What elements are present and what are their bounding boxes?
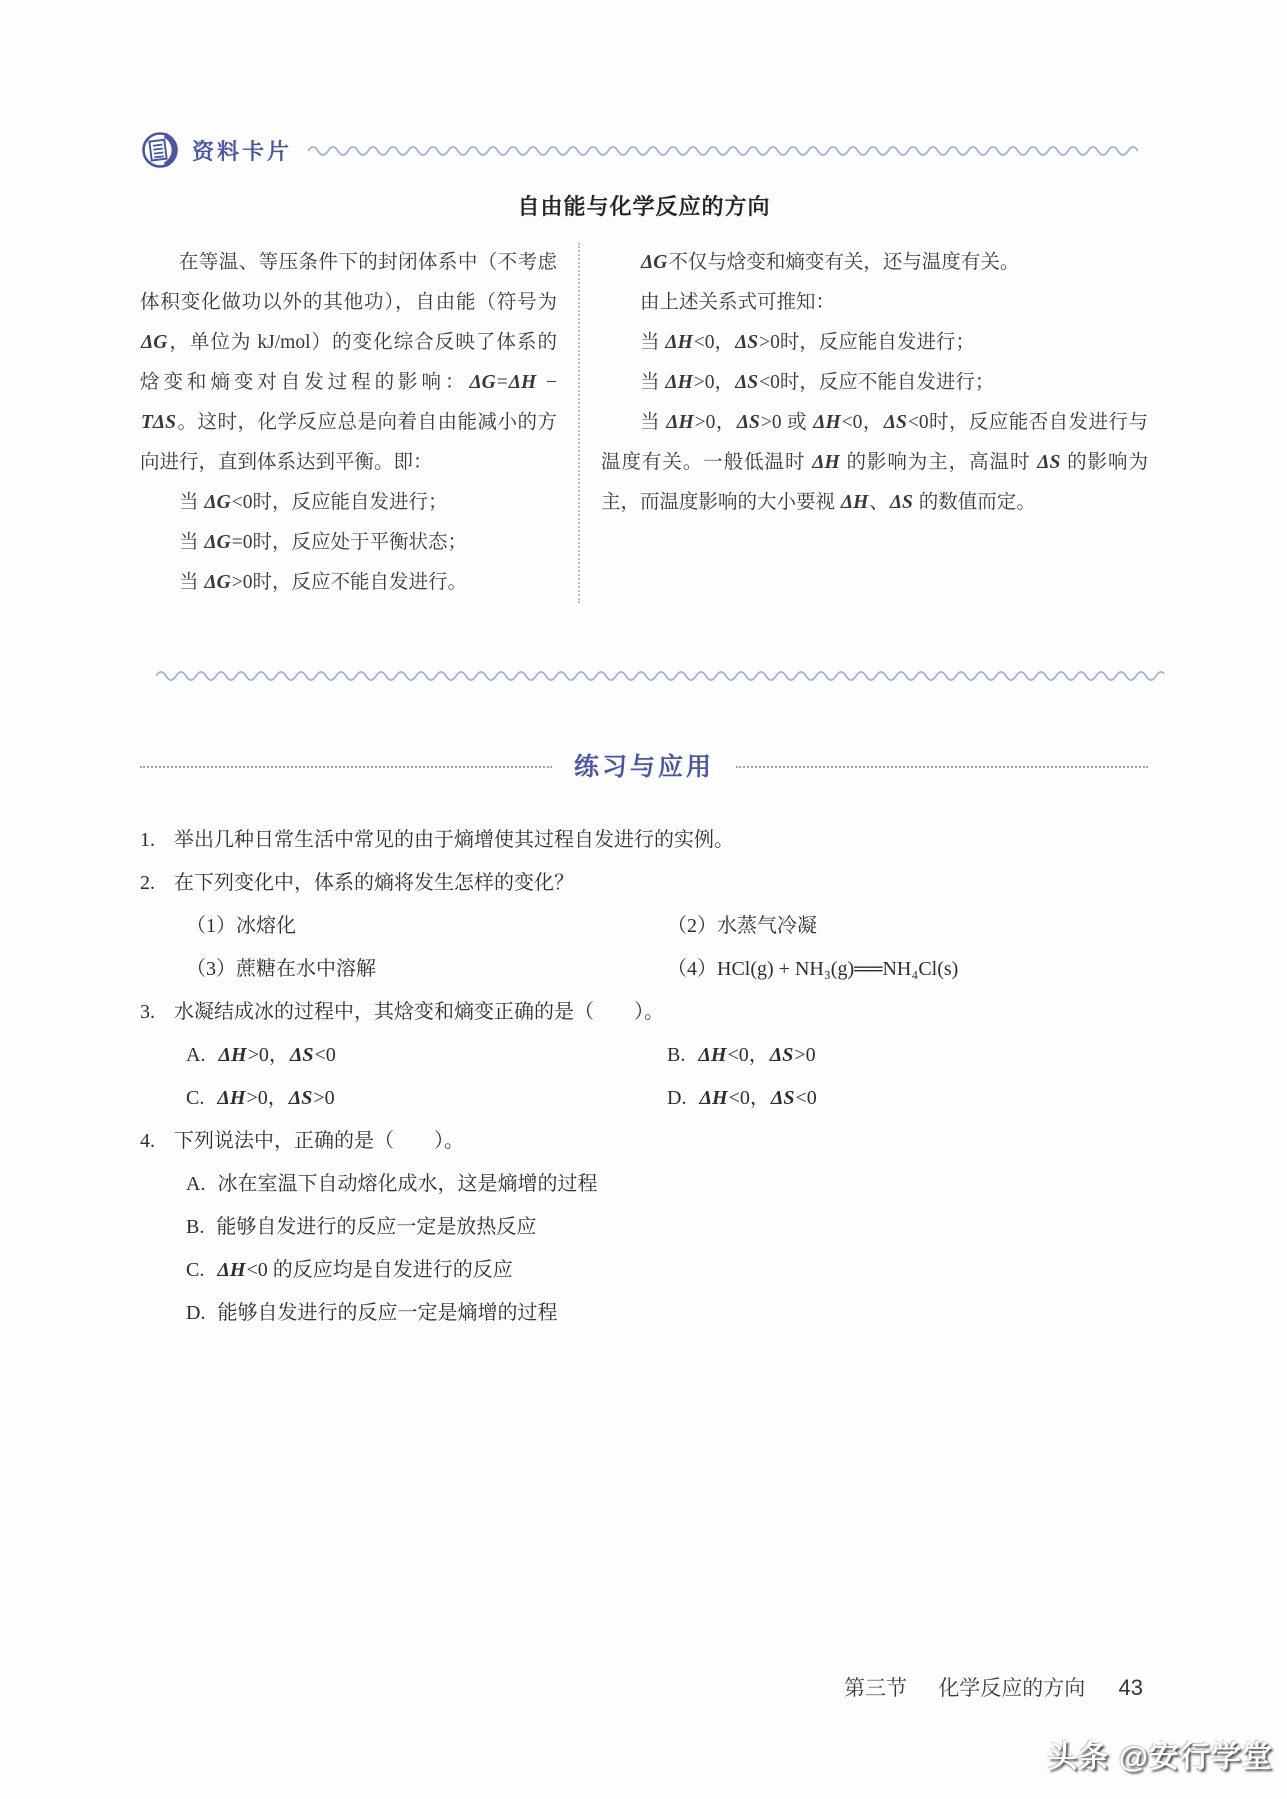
paragraph: 在等温、等压条件下的封闭体系中（不考虑体积变化做功以外的其他功），自由能（符号为… xyxy=(140,243,557,483)
footer-section: 第三节 xyxy=(844,1676,907,1700)
option-d: D. 能够自发进行的反应一定是熵增的过程 xyxy=(186,1298,1148,1328)
option-a: A. ΔH>0，ΔS<0 xyxy=(186,1040,667,1070)
page-content: 资料卡片 自由能与化学反应的方向 在等温、等压条件下的封闭体系中（不考虑体积变化… xyxy=(140,0,1148,1341)
subitem: （3）蔗糖在水中溶解 xyxy=(186,954,667,984)
option-c: C. ΔH>0，ΔS>0 xyxy=(186,1083,667,1113)
subitem: （2）水蒸气冷凝 xyxy=(667,911,1148,941)
data-card-header: 资料卡片 xyxy=(140,130,1148,170)
watermark: 头条 @安行学堂 xyxy=(1047,1732,1273,1776)
paragraph: 由上述关系式可推知： xyxy=(601,283,1148,323)
condition-line: 当 ΔG<0时，反应能自发进行； xyxy=(140,483,557,523)
exercises-header: 练习与应用 xyxy=(140,747,1148,783)
question-1: 1. 举出几种日常生活中常见的由于熵增使其过程自发进行的实例。 xyxy=(140,825,1148,855)
question-3-options: A. ΔH>0，ΔS<0 B. ΔH<0，ΔS>0 C. ΔH>0，ΔS>0 D… xyxy=(186,1040,1148,1126)
question-text: 下列说法中，正确的是（ ）。 xyxy=(174,1126,1148,1156)
condition-line: 当 ΔH<0，ΔS>0时，反应能自发进行； xyxy=(601,323,1148,363)
option-a: A. 冰在室温下自动熔化成水，这是熵增的过程 xyxy=(186,1169,1148,1199)
dotted-leader-left xyxy=(140,766,552,768)
question-text: 水凝结成冰的过程中，其焓变和熵变正确的是（ ）。 xyxy=(174,997,1148,1027)
question-4-options: A. 冰在室温下自动熔化成水，这是熵增的过程 B. 能够自发进行的反应一定是放热… xyxy=(186,1169,1148,1328)
condition-line: 当 ΔG=0时，反应处于平衡状态； xyxy=(140,523,557,563)
option-c: C. ΔH<0 的反应均是自发进行的反应 xyxy=(186,1255,1148,1285)
question-number: 3. xyxy=(140,997,174,1027)
wavy-divider-top xyxy=(308,144,1138,156)
exercise-questions: 1. 举出几种日常生活中常见的由于熵增使其过程自发进行的实例。 2. 在下列变化… xyxy=(140,825,1148,1328)
question-text: 在下列变化中，体系的熵将发生怎样的变化？ xyxy=(174,868,1148,898)
data-card-icon xyxy=(140,130,180,170)
page-number: 43 xyxy=(1119,1675,1143,1700)
exercises-heading: 练习与应用 xyxy=(574,747,714,783)
paragraph: 当 ΔH>0，ΔS>0 或 ΔH<0，ΔS<0时，反应能否自发进行与温度有关。一… xyxy=(601,403,1148,523)
dotted-leader-right xyxy=(736,766,1148,768)
subitem: （4）HCl(g) + NH₃(g)══NH₄Cl(s) xyxy=(667,954,1148,984)
textbook-page: 资料卡片 自由能与化学反应的方向 在等温、等压条件下的封闭体系中（不考虑体积变化… xyxy=(0,0,1287,1799)
data-card-body: 在等温、等压条件下的封闭体系中（不考虑体积变化做功以外的其他功），自由能（符号为… xyxy=(140,243,1148,603)
wavy-divider-bottom xyxy=(156,669,1164,681)
card-title: 自由能与化学反应的方向 xyxy=(140,190,1148,221)
condition-line: 当 ΔH>0，ΔS<0时，反应不能自发进行； xyxy=(601,363,1148,403)
paragraph: ΔG不仅与焓变和熵变有关，还与温度有关。 xyxy=(601,243,1148,283)
option-b: B. 能够自发进行的反应一定是放热反应 xyxy=(186,1212,1148,1242)
question-4: 4. 下列说法中，正确的是（ ）。 xyxy=(140,1126,1148,1156)
question-2-subitems: （1）冰熔化 （2）水蒸气冷凝 （3）蔗糖在水中溶解 （4）HCl(g) + N… xyxy=(186,911,1148,997)
question-3: 3. 水凝结成冰的过程中，其焓变和熵变正确的是（ ）。 xyxy=(140,997,1148,1027)
question-text: 举出几种日常生活中常见的由于熵增使其过程自发进行的实例。 xyxy=(174,825,1148,855)
footer-chapter-title: 化学反应的方向 xyxy=(938,1676,1085,1700)
column-gutter xyxy=(557,243,601,603)
question-number: 4. xyxy=(140,1126,174,1156)
option-b: B. ΔH<0，ΔS>0 xyxy=(667,1040,1148,1070)
column-divider xyxy=(578,243,580,603)
question-number: 2. xyxy=(140,868,174,898)
data-card-label: 资料卡片 xyxy=(192,135,292,166)
question-number: 1. xyxy=(140,825,174,855)
subitem: （1）冰熔化 xyxy=(186,911,667,941)
data-card-right-column: ΔG不仅与焓变和熵变有关，还与温度有关。 由上述关系式可推知： 当 ΔH<0，Δ… xyxy=(601,243,1148,603)
condition-line: 当 ΔG>0时，反应不能自发进行。 xyxy=(140,563,557,603)
data-card-left-column: 在等温、等压条件下的封闭体系中（不考虑体积变化做功以外的其他功），自由能（符号为… xyxy=(140,243,557,603)
question-2: 2. 在下列变化中，体系的熵将发生怎样的变化？ xyxy=(140,868,1148,898)
page-footer: 第三节 化学反应的方向 43 xyxy=(844,1672,1143,1702)
option-d: D. ΔH<0，ΔS<0 xyxy=(667,1083,1148,1113)
